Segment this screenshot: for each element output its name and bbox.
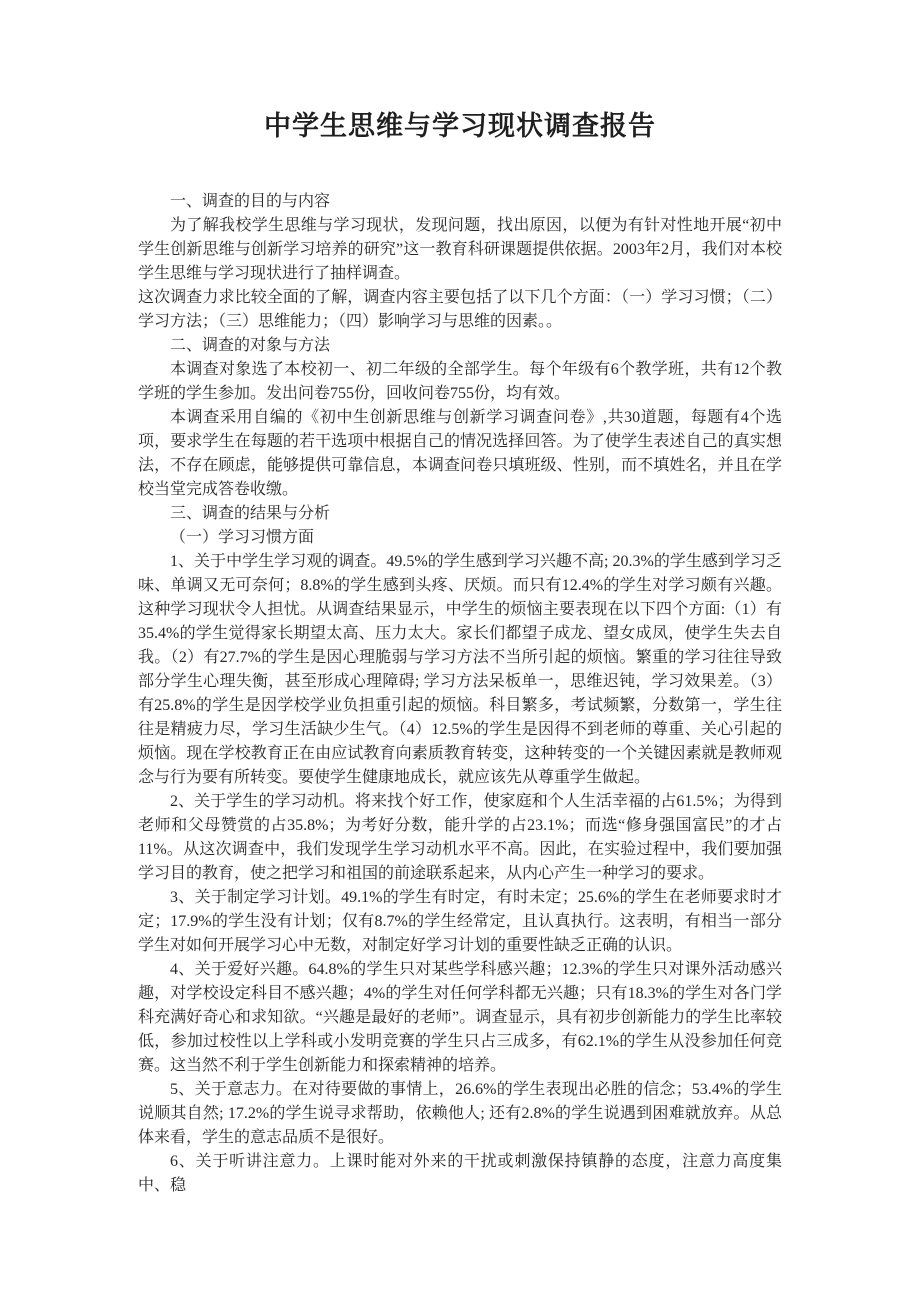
paragraph: 1、关于中学生学习观的调查。49.5%的学生感到学习兴趣不高; 20.3%的学生… [138, 550, 782, 790]
paragraph: 三、调查的结果与分析 [138, 502, 782, 526]
paragraph: 5、关于意志力。在对待要做的事情上，26.6%的学生表现出必胜的信念；53.4%… [138, 1078, 782, 1150]
paragraph: 3、关于制定学习计划。49.1%的学生有时定，有时未定；25.6%的学生在老师要… [138, 886, 782, 958]
paragraph: 6、关于听讲注意力。上课时能对外来的干扰或刺激保持镇静的态度，注意力高度集中、稳 [138, 1150, 782, 1198]
document-body: 一、调查的目的与内容为了解我校学生思维与学习现状，发现问题，找出原因，以便为有针… [138, 190, 782, 1198]
paragraph: （一）学习习惯方面 [138, 526, 782, 550]
paragraph: 2、关于学生的学习动机。将来找个好工作，使家庭和个人生活幸福的占61.5%；为得… [138, 790, 782, 886]
paragraph: 一、调查的目的与内容 [138, 190, 782, 214]
paragraph: 二、调查的对象与方法 [138, 334, 782, 358]
paragraph: 为了解我校学生思维与学习现状，发现问题，找出原因，以便为有针对性地开展“初中学生… [138, 214, 782, 286]
paragraph: 本调查采用自编的《初中生创新思维与创新学习调查问卷》,共30道题，每题有4个选项… [138, 406, 782, 502]
paragraph: 这次调查力求比较全面的了解，调查内容主要包括了以下几个方面：（一）学习习惯；（二… [138, 286, 782, 334]
document-title: 中学生思维与学习现状调查报告 [0, 0, 920, 146]
paragraph: 4、关于爱好兴趣。64.8%的学生只对某些学科感兴趣；12.3%的学生只对课外活… [138, 958, 782, 1078]
page: 中学生思维与学习现状调查报告 一、调查的目的与内容为了解我校学生思维与学习现状，… [0, 0, 920, 1302]
paragraph: 本调查对象选了本校初一、初二年级的全部学生。每个年级有6个教学班，共有12个教学… [138, 358, 782, 406]
